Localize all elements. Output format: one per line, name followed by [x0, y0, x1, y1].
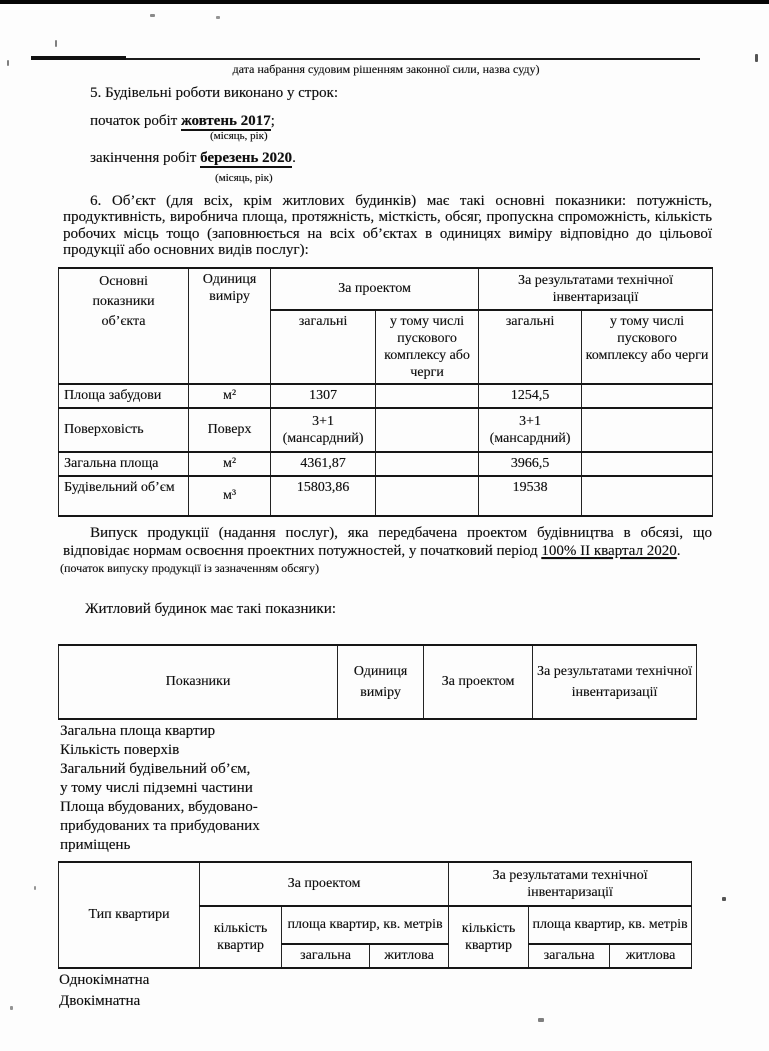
- list-item: приміщень: [60, 836, 714, 855]
- list-item: прибудованих та прибудованих: [60, 817, 714, 836]
- cell-project-incl: [376, 384, 479, 408]
- scan-speck: [7, 60, 9, 66]
- cell-unit: м³: [189, 476, 271, 516]
- subheader-count-inventory: кількість квартир: [449, 906, 529, 968]
- cell-project-incl: [376, 452, 479, 476]
- list-item: Загальна площа квартир: [60, 722, 714, 741]
- cell-project-incl: [376, 476, 479, 516]
- apartment-types-list: Однокімнатна Двокімнатна: [59, 971, 714, 1011]
- cell-inventory-total: 3966,5: [479, 452, 582, 476]
- subheader-area-inventory: площа квартир, кв. метрів: [529, 906, 692, 944]
- table-header-row: Основні показники об’єкта Одиниця виміру…: [59, 268, 713, 310]
- header-by-inventory: За результатами технічної інвентаризації: [533, 645, 697, 719]
- list-item: у тому числі підземні частини: [60, 779, 714, 798]
- cell-indicator: Будівельний об’єм: [59, 476, 189, 516]
- subheader-incl-inventory: у тому числі пускового комплексу або чер…: [582, 310, 713, 384]
- subheader-total-inventory: загальні: [479, 310, 582, 384]
- scan-speck: [755, 54, 758, 62]
- subheader-total-inventory: загальна: [529, 944, 610, 968]
- cell-project-total: 3+1 (мансардний): [271, 408, 376, 452]
- subheader-total-project: загальні: [271, 310, 376, 384]
- document-content: дата набрання судовим рішенням законної …: [58, 4, 714, 1013]
- cell-inventory-total: 19538: [479, 476, 582, 516]
- header-by-inventory: За результатами технічної інвентаризації: [449, 862, 692, 906]
- scanned-document-page: дата набрання судовим рішенням законної …: [0, 0, 769, 1051]
- cell-indicator: Площа забудови: [59, 384, 189, 408]
- output-caption: (початок випуску продукції із зазначення…: [60, 561, 714, 575]
- rule-caption: дата набрання судовим рішенням законної …: [58, 62, 714, 76]
- cell-inventory-incl: [582, 408, 713, 452]
- work-start-punct: ;: [271, 113, 275, 129]
- cell-inventory-total: 3+1 (мансардний): [479, 408, 582, 452]
- apartment-types-table: Тип квартири За проектом За результатами…: [58, 861, 692, 969]
- cell-project-total: 4361,87: [271, 452, 376, 476]
- subheader-incl-project: у тому числі пускового комплексу або чер…: [376, 310, 479, 384]
- cell-inventory-incl: [582, 384, 713, 408]
- header-unit: Одиниця виміру: [189, 268, 271, 384]
- work-end-caption: (місяць, рік): [215, 172, 714, 185]
- cell-inventory-incl: [582, 476, 713, 516]
- scan-speck: [55, 40, 57, 47]
- residential-indicators-list: Загальна площа квартир Кількість поверхі…: [60, 722, 714, 855]
- scan-speck: [538, 1018, 544, 1022]
- cell-unit: Поверх: [189, 408, 271, 452]
- list-item: Двокімнатна: [59, 992, 714, 1011]
- table-row: Загальна площа м² 4361,87 3966,5: [59, 452, 713, 476]
- output-underlined-value: 100% II квартал 2020: [541, 543, 676, 559]
- cell-unit: м²: [189, 452, 271, 476]
- output-paragraph: Випуск продукції (надання послуг), яка п…: [63, 524, 712, 560]
- work-end-label: закінчення робіт: [90, 150, 200, 166]
- table-row: Площа забудови м² 1307 1254,5: [59, 384, 713, 408]
- work-start-label: початок робіт: [90, 113, 181, 129]
- header-by-project: За проектом: [271, 268, 479, 310]
- header-unit: Одиниця виміру: [338, 645, 424, 719]
- work-start-value: жовтень 2017: [181, 113, 271, 131]
- cell-unit: м²: [189, 384, 271, 408]
- work-start-caption: (місяць, рік): [210, 130, 714, 143]
- object-indicators-table: Основні показники об’єкта Одиниця виміру…: [58, 267, 713, 517]
- header-indicators: Показники: [59, 645, 338, 719]
- work-end-value: березень 2020: [200, 150, 292, 168]
- list-item: Однокімнатна: [59, 971, 714, 990]
- cell-indicator: Загальна площа: [59, 452, 189, 476]
- signature-rule: [63, 58, 700, 60]
- work-start-line: початок робіт жовтень 2017;: [90, 112, 714, 130]
- subheader-area-project: площа квартир, кв. метрів: [282, 906, 449, 944]
- scan-speck: [722, 897, 726, 901]
- cell-project-incl: [376, 408, 479, 452]
- cell-indicator: Поверховість: [59, 408, 189, 452]
- signature-rule-left-segment: [31, 56, 126, 60]
- header-indicators: Основні показники об’єкта: [59, 268, 189, 384]
- header-by-inventory: За результатами технічної інвентаризації: [479, 268, 713, 310]
- work-end-line: закінчення робіт березень 2020.: [90, 149, 714, 167]
- header-by-project: За проектом: [424, 645, 533, 719]
- subheader-count-project: кількість квартир: [200, 906, 282, 968]
- residential-heading: Житловий будинок має такі показники:: [85, 601, 714, 618]
- work-end-punct: .: [292, 150, 296, 166]
- residential-indicators-table: Показники Одиниця виміру За проектом За …: [58, 644, 697, 720]
- list-item: Площа вбудованих, вбудовано-: [60, 798, 714, 817]
- scan-speck: [34, 886, 36, 890]
- cell-inventory-total: 1254,5: [479, 384, 582, 408]
- list-item: Загальний будівельний об’єм,: [60, 760, 714, 779]
- table-row: Будівельний об’єм м³ 15803,86 19538: [59, 476, 713, 516]
- header-by-project: За проектом: [200, 862, 449, 906]
- subheader-living-project: житлова: [370, 944, 449, 968]
- header-apartment-type: Тип квартири: [59, 862, 200, 968]
- cell-inventory-incl: [582, 452, 713, 476]
- table-row: Поверховість Поверх 3+1 (мансардний) 3+1…: [59, 408, 713, 452]
- scan-speck: [10, 1006, 13, 1010]
- cell-project-total: 1307: [271, 384, 376, 408]
- table-header-row: Тип квартири За проектом За результатами…: [59, 862, 692, 906]
- item6-paragraph: 6. Об’єкт (для всіх, крім житлових будин…: [63, 193, 712, 259]
- list-item: Кількість поверхів: [60, 741, 714, 760]
- subheader-total-project: загальна: [282, 944, 370, 968]
- table-header-row: Показники Одиниця виміру За проектом За …: [59, 645, 697, 719]
- item5-title: 5. Будівельні роботи виконано у строк:: [63, 85, 714, 102]
- subheader-living-inventory: житлова: [610, 944, 692, 968]
- cell-project-total: 15803,86: [271, 476, 376, 516]
- output-punct: .: [677, 543, 681, 559]
